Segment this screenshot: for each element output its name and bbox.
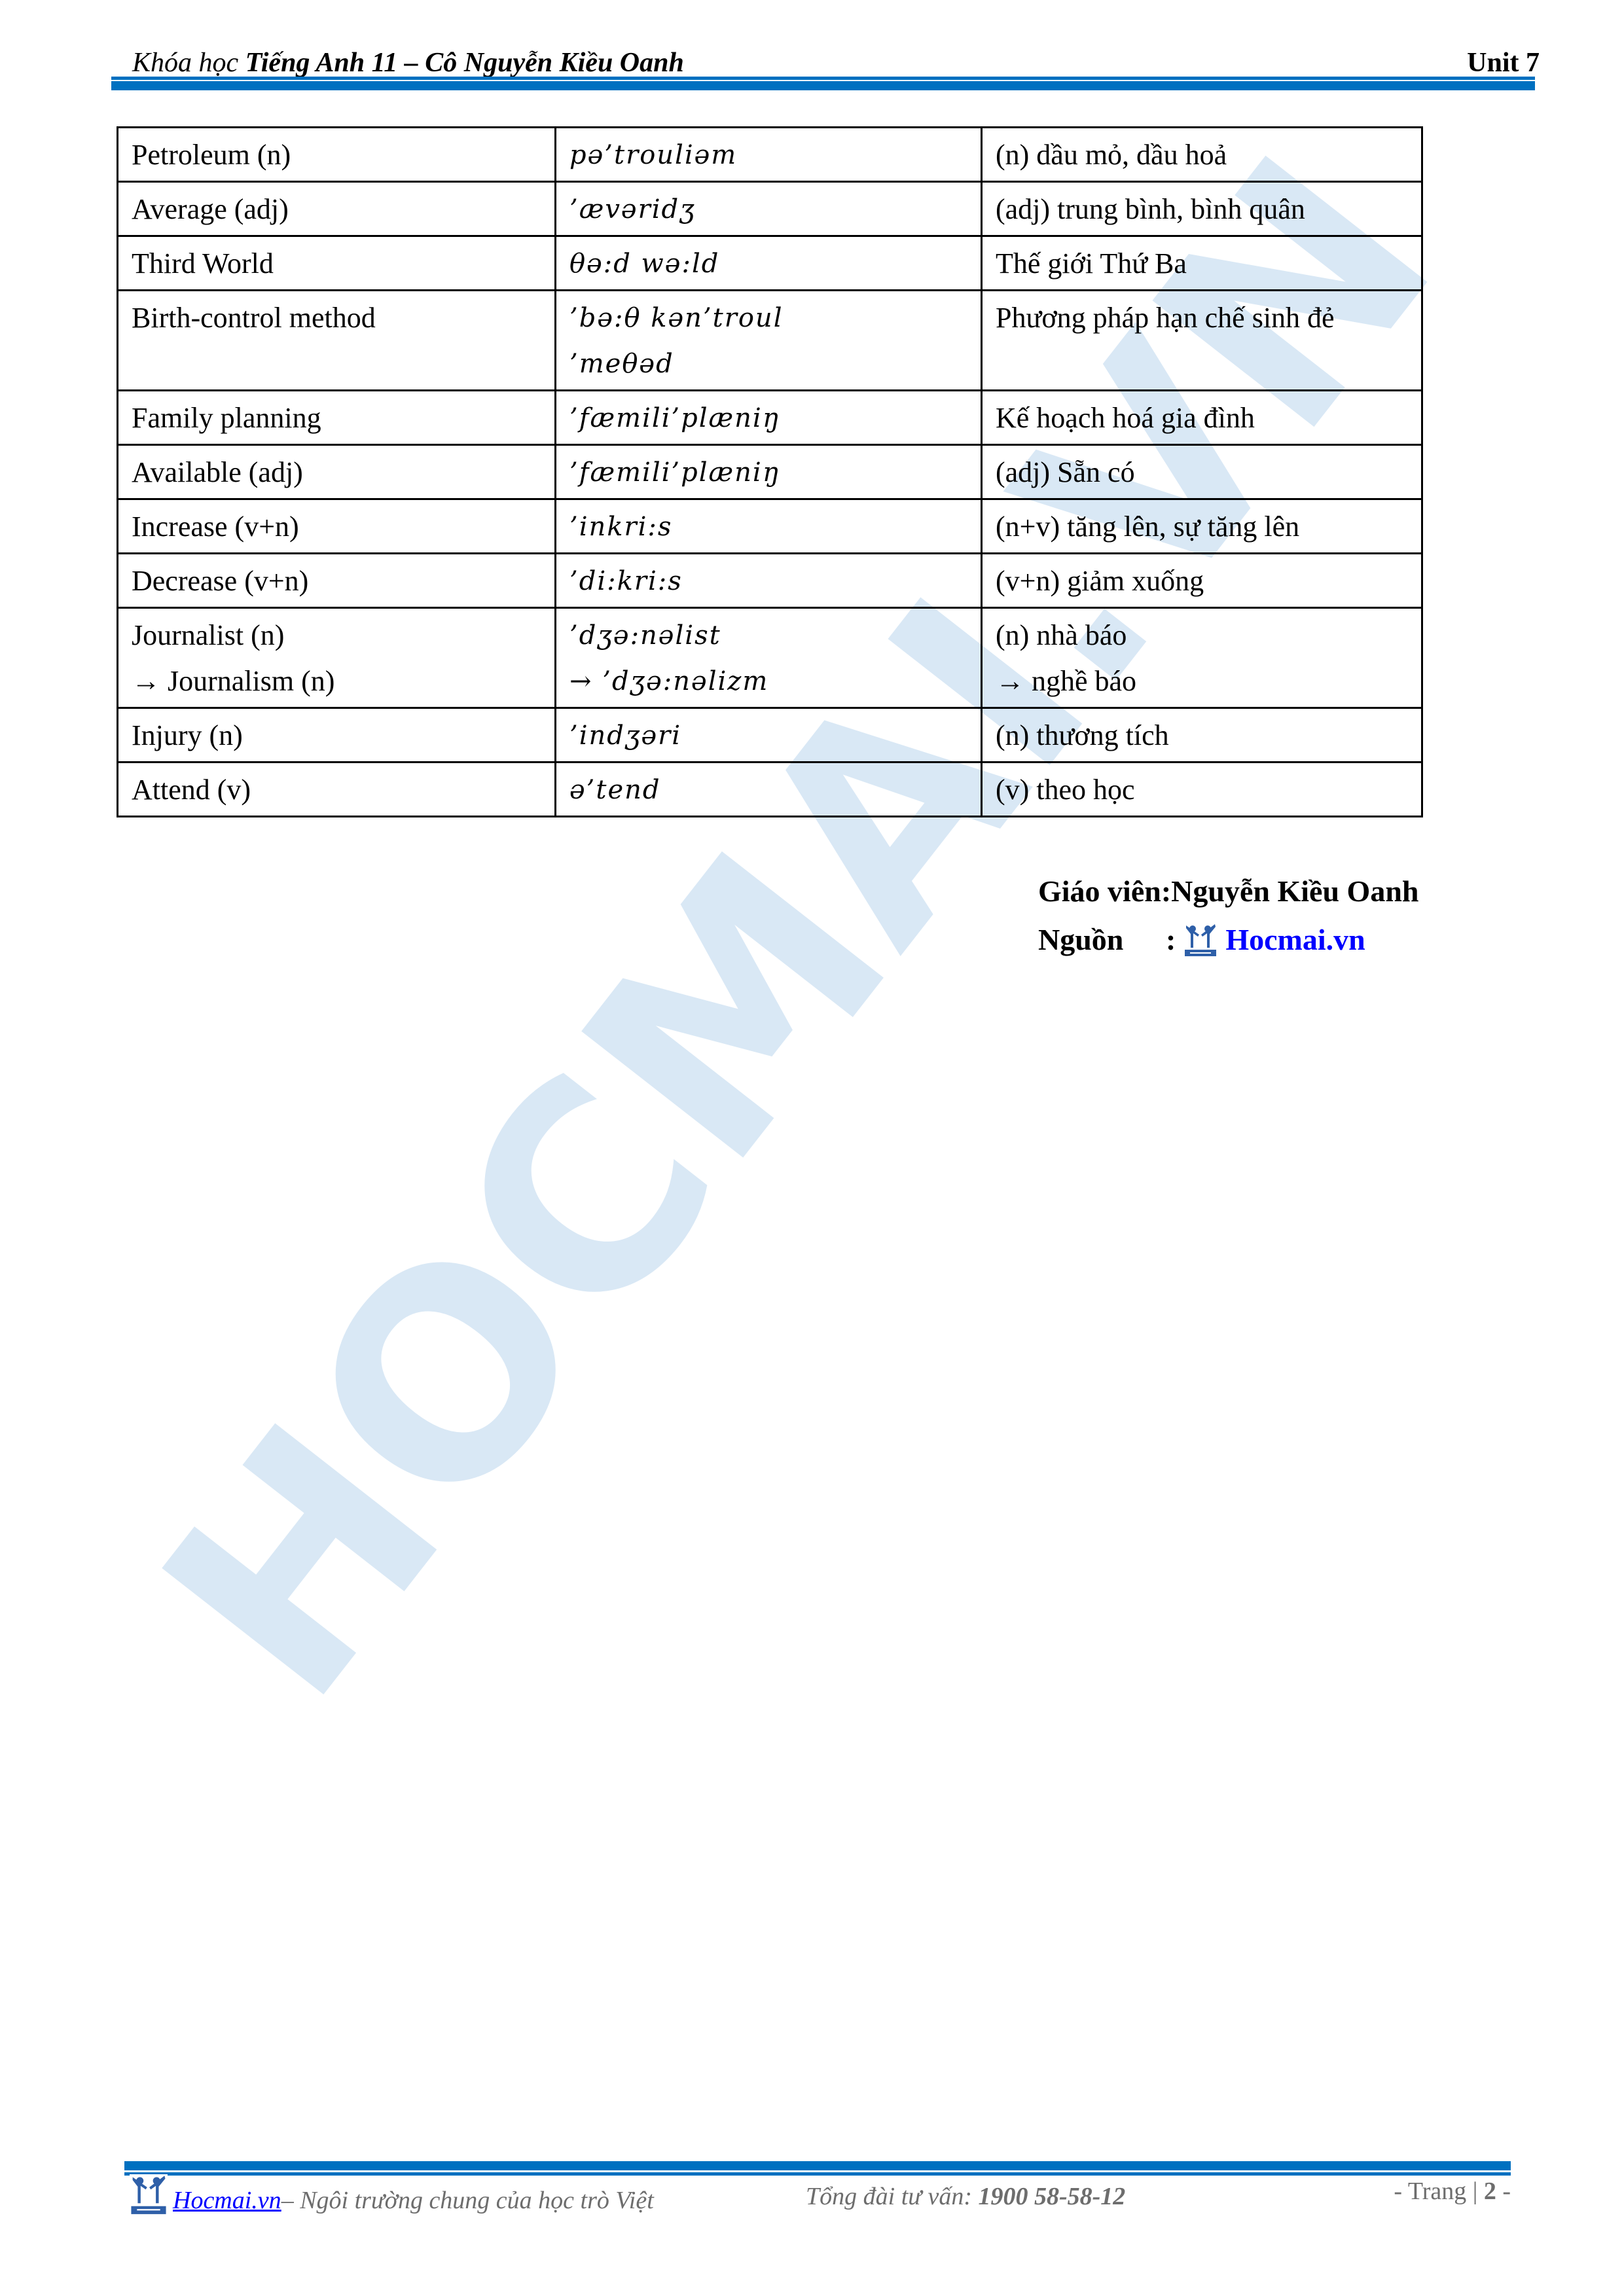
unit-label: Unit 7 <box>1467 47 1540 79</box>
ipa-cell-text: ’di:kri:s <box>569 558 967 604</box>
table-row: Attend (v)ə’tend(v) theo học <box>118 762 1422 817</box>
meaning-cell-text: (v) theo học <box>996 767 1408 813</box>
word-cell: Journalist (n)→ Journalism (n) <box>118 608 556 708</box>
word-cell-text: Available (adj) <box>132 450 541 495</box>
meaning-cell: (v) theo học <box>982 762 1422 817</box>
page-number-value: 2 <box>1484 2178 1496 2205</box>
meaning-cell-text: Kế hoạch hoá gia đình <box>996 395 1408 441</box>
footer-brand: Hocmai.vn – Ngôi trường chung của học tr… <box>130 2174 654 2215</box>
table-row: Available (adj)’fæmili’plæniŋ(adj) Sẵn c… <box>118 445 1422 499</box>
meaning-cell-text: → nghề báo <box>996 658 1408 704</box>
table-row: Third Worldθə:d wə:ldThế giới Thứ Ba <box>118 236 1422 291</box>
ipa-cell-text: ’dʒə:nəlist <box>569 613 967 658</box>
ipa-cell: ə’tend <box>556 762 982 817</box>
meaning-cell: (adj) Sẵn có <box>982 445 1422 499</box>
ipa-cell: ’di:kri:s <box>556 554 982 608</box>
word-cell: Third World <box>118 236 556 291</box>
table-row: Increase (v+n)’inkri:s(n+v) tăng lên, sự… <box>118 499 1422 554</box>
meaning-cell: Kế hoạch hoá gia đình <box>982 391 1422 445</box>
teacher-label: Giáo viên: <box>1038 867 1171 916</box>
ipa-cell-text: pə’trouliəm <box>569 132 967 178</box>
meaning-cell-text: (adj) Sẵn có <box>996 450 1408 495</box>
signature-block: Giáo viên: Nguyễn Kiều Oanh Nguồn : Hocm… <box>1038 867 1418 964</box>
word-cell: Birth-control method <box>118 291 556 391</box>
ipa-cell-text: → ’dʒə:nəlizm <box>569 658 967 704</box>
hotline-number: 1900 58-58-12 <box>979 2183 1126 2210</box>
word-cell: Family planning <box>118 391 556 445</box>
page-number: - Trang | 2 - <box>1394 2177 1511 2206</box>
footer-hotline: Tổng đài tư vấn: 1900 58-58-12 <box>806 2182 1125 2211</box>
ipa-cell-text: ’meθəd <box>569 341 967 387</box>
word-cell-text: Journalist (n) <box>132 613 541 658</box>
word-cell-text: Increase (v+n) <box>132 504 541 550</box>
source-colon: : <box>1166 916 1176 964</box>
ipa-cell: ’fæmili’plæniŋ <box>556 445 982 499</box>
meaning-cell-text: (adj) trung bình, bình quân <box>996 187 1408 232</box>
word-cell-text: Birth-control method <box>132 295 541 341</box>
ipa-cell-text: ’inkri:s <box>569 504 967 550</box>
meaning-cell: (n) nhà báo→ nghề báo <box>982 608 1422 708</box>
footer-divider-thick <box>124 2161 1511 2170</box>
ipa-cell: ’dʒə:nəlist→ ’dʒə:nəlizm <box>556 608 982 708</box>
course-name: Tiếng Anh 11 – Cô Nguyễn Kiều Oanh <box>245 48 684 78</box>
meaning-cell: (adj) trung bình, bình quân <box>982 182 1422 236</box>
ipa-cell: ’indʒəri <box>556 708 982 762</box>
vocabulary-table: Petroleum (n)pə’trouliəm(n) dầu mỏ, dầu … <box>117 126 1423 817</box>
ipa-cell: ’fæmili’plæniŋ <box>556 391 982 445</box>
ipa-cell-text: ’ævəridʒ <box>569 187 967 232</box>
word-cell: Decrease (v+n) <box>118 554 556 608</box>
footer-site-link[interactable]: Hocmai.vn <box>173 2186 281 2215</box>
meaning-cell-text: Thế giới Thứ Ba <box>996 241 1408 287</box>
meaning-cell-text: (n+v) tăng lên, sự tăng lên <box>996 504 1408 550</box>
vocabulary-table-body: Petroleum (n)pə’trouliəm(n) dầu mỏ, dầu … <box>118 128 1422 817</box>
table-row: Average (adj)’ævəridʒ(adj) trung bình, b… <box>118 182 1422 236</box>
table-row: Journalist (n)→ Journalism (n)’dʒə:nəlis… <box>118 608 1422 708</box>
source-label: Nguồn <box>1038 916 1166 964</box>
table-row: Petroleum (n)pə’trouliəm(n) dầu mỏ, dầu … <box>118 128 1422 182</box>
word-cell: Average (adj) <box>118 182 556 236</box>
ipa-cell: pə’trouliəm <box>556 128 982 182</box>
word-cell-text: Injury (n) <box>132 713 541 759</box>
ipa-cell-text: ’indʒəri <box>569 713 967 759</box>
meaning-cell: (v+n) giảm xuống <box>982 554 1422 608</box>
word-cell-text: → Journalism (n) <box>132 658 541 704</box>
table-row: Decrease (v+n)’di:kri:s(v+n) giảm xuống <box>118 554 1422 608</box>
course-prefix: Khóa học <box>132 48 245 78</box>
header-divider-thin <box>111 77 1535 80</box>
word-cell: Petroleum (n) <box>118 128 556 182</box>
meaning-cell-text: (n) nhà báo <box>996 613 1408 658</box>
teacher-row: Giáo viên: Nguyễn Kiều Oanh <box>1038 867 1418 916</box>
meaning-cell: Phương pháp hạn chế sinh đẻ <box>982 291 1422 391</box>
word-cell-text: Third World <box>132 241 541 287</box>
word-cell-text: Family planning <box>132 395 541 441</box>
meaning-cell: (n) dầu mỏ, dầu hoả <box>982 128 1422 182</box>
hotline-label: Tổng đài tư vấn: <box>806 2183 979 2210</box>
course-title: Khóa học Tiếng Anh 11 – Cô Nguyễn Kiều O… <box>132 47 684 79</box>
hocmai-logo-icon <box>130 2174 168 2215</box>
word-cell-text: Attend (v) <box>132 767 541 813</box>
word-cell-text: Average (adj) <box>132 187 541 232</box>
ipa-cell-text: ə’tend <box>569 767 967 813</box>
ipa-cell: ’inkri:s <box>556 499 982 554</box>
page-suffix: - <box>1496 2178 1511 2205</box>
table-row: Family planning’fæmili’plæniŋKế hoạch ho… <box>118 391 1422 445</box>
teacher-name: Nguyễn Kiều Oanh <box>1171 867 1418 916</box>
table-row: Birth-control method’bə:θ kən’troul’meθə… <box>118 291 1422 391</box>
ipa-cell-text: ’fæmili’plæniŋ <box>569 395 967 441</box>
word-cell: Attend (v) <box>118 762 556 817</box>
meaning-cell-text: (n) dầu mỏ, dầu hoả <box>996 132 1408 178</box>
ipa-cell-text: ’bə:θ kən’troul <box>569 295 967 341</box>
footer-slogan: – Ngôi trường chung của học trò Việt <box>281 2186 654 2215</box>
word-cell: Available (adj) <box>118 445 556 499</box>
meaning-cell-text: Phương pháp hạn chế sinh đẻ <box>996 295 1408 341</box>
word-cell-text: Petroleum (n) <box>132 132 541 178</box>
header-divider-thick <box>111 81 1535 90</box>
meaning-cell: (n+v) tăng lên, sự tăng lên <box>982 499 1422 554</box>
ipa-cell: ’ævəridʒ <box>556 182 982 236</box>
meaning-cell-text: (v+n) giảm xuống <box>996 558 1408 604</box>
page-prefix: - Trang | <box>1394 2178 1483 2205</box>
hocmai-logo-icon <box>1183 923 1218 957</box>
ipa-cell: ’bə:θ kən’troul’meθəd <box>556 291 982 391</box>
table-row: Injury (n)’indʒəri(n) thương tích <box>118 708 1422 762</box>
word-cell: Increase (v+n) <box>118 499 556 554</box>
word-cell-text: Decrease (v+n) <box>132 558 541 604</box>
meaning-cell: (n) thương tích <box>982 708 1422 762</box>
ipa-cell-text: ’fæmili’plæniŋ <box>569 450 967 495</box>
word-cell: Injury (n) <box>118 708 556 762</box>
ipa-cell-text: θə:d wə:ld <box>569 241 967 287</box>
page-footer: Hocmai.vn – Ngôi trường chung của học tr… <box>130 2174 1511 2220</box>
source-row: Nguồn : Hocmai.vn <box>1038 916 1418 964</box>
meaning-cell: Thế giới Thứ Ba <box>982 236 1422 291</box>
meaning-cell-text: (n) thương tích <box>996 713 1408 759</box>
source-link[interactable]: Hocmai.vn <box>1225 916 1365 964</box>
ipa-cell: θə:d wə:ld <box>556 236 982 291</box>
